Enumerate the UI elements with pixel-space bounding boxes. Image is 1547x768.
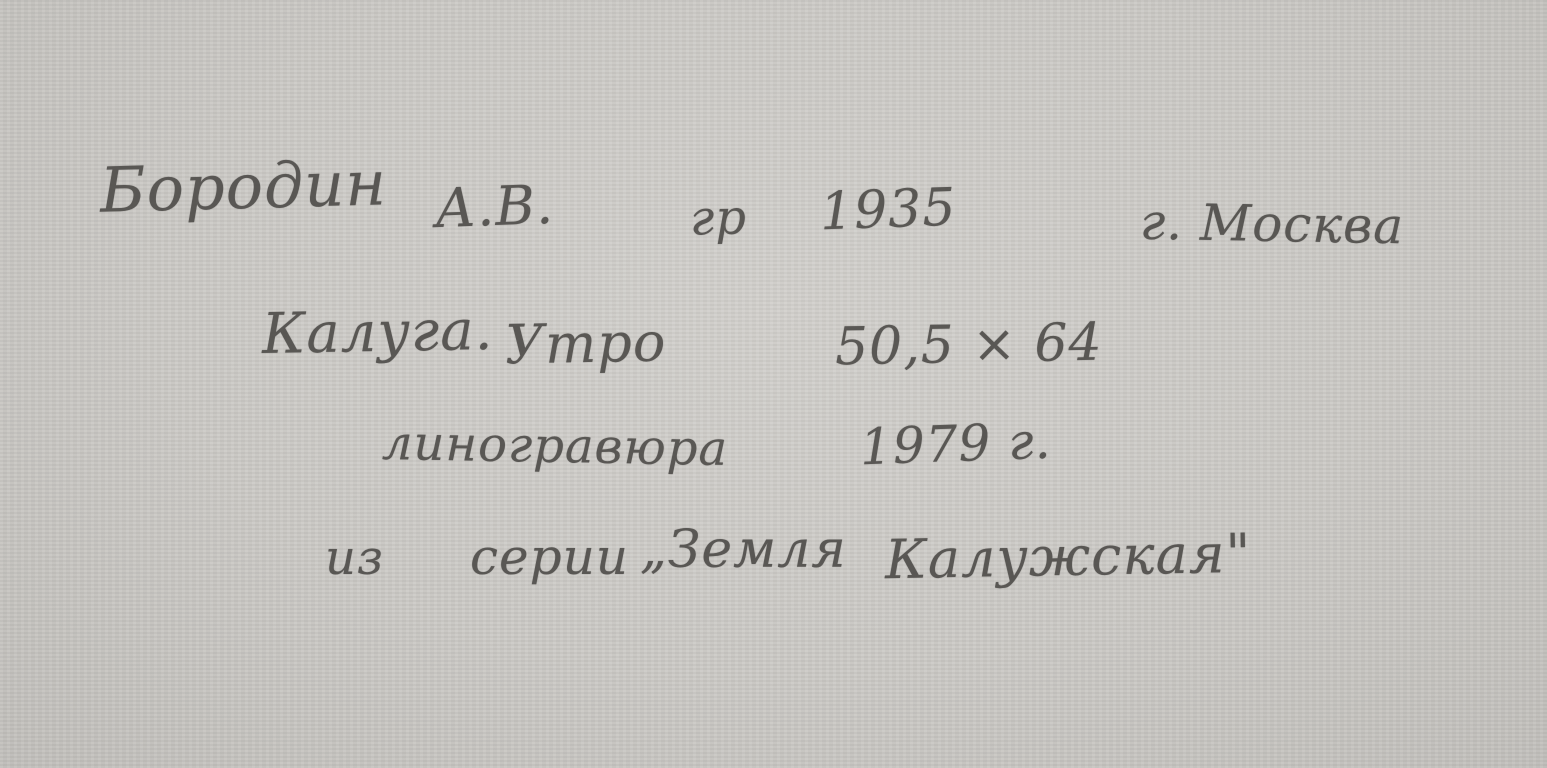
- work-technique: линогравюра: [382, 415, 729, 477]
- work-title-place: Калуга.: [261, 298, 493, 367]
- born-label: гр: [690, 190, 748, 247]
- series-prefix: из: [325, 530, 384, 586]
- artist-surname: Бородин: [99, 146, 388, 226]
- work-year: 1979 г.: [859, 412, 1052, 477]
- series-name-first: „Земля: [640, 520, 847, 580]
- series-name-second: Калужская": [884, 522, 1251, 591]
- work-dimensions: 50,5 × 64: [834, 313, 1103, 378]
- birth-city: г. Москва: [1140, 193, 1405, 256]
- series-label: серии: [470, 528, 629, 586]
- birth-year: 1935: [819, 178, 957, 243]
- artist-initials: А.В.: [434, 173, 555, 240]
- paper-background: Бородин А.В. гр 1935 г. Москва Калуга. У…: [0, 0, 1547, 768]
- work-title-word: Утро: [504, 311, 666, 377]
